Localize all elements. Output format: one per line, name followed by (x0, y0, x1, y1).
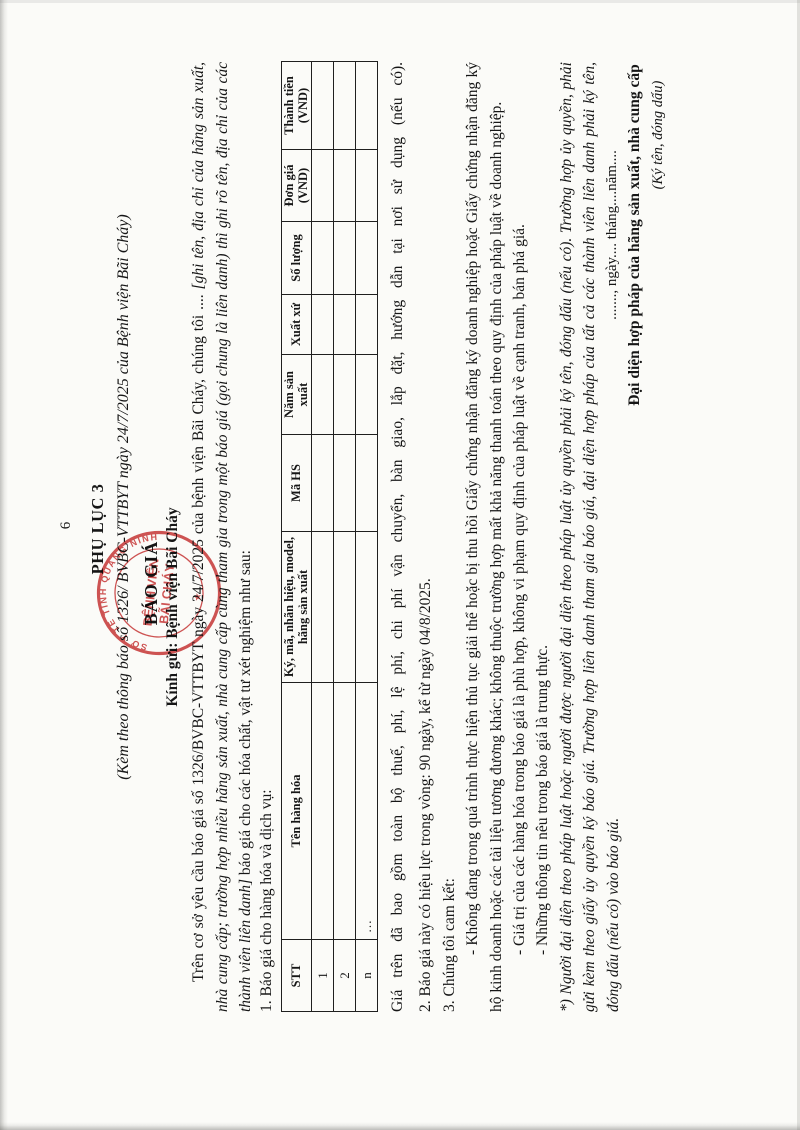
table-cell (312, 355, 334, 435)
table-cell (334, 222, 356, 295)
notes-block: Giá trên đã bao gồm toàn bộ thuế, phí, l… (386, 62, 625, 1012)
table-row: 1 (312, 62, 334, 1012)
scanned-document-page: { "page": { "number": "6", "appendix_tit… (0, 0, 800, 1130)
text-segment: thành viên liên danh] (237, 879, 254, 1012)
column-header: Tên hàng hóa (282, 683, 312, 940)
table-cell (312, 62, 334, 150)
table-cell (334, 62, 356, 150)
table-cell (356, 62, 378, 150)
table-cell: 1 (312, 940, 334, 1012)
table-cell (312, 532, 334, 683)
quote-table: STTTên hàng hóaKý, mã, nhãn hiệu, model,… (281, 61, 378, 1012)
signature-date-line: ......., ngày.... tháng....năm.... (604, 35, 621, 435)
column-header: Số lượng (282, 222, 312, 295)
table-cell (334, 355, 356, 435)
column-header: Xuất xứ (282, 295, 312, 355)
note-line: hộ kinh doanh hoặc các tài liệu tương đư… (485, 62, 508, 1012)
table-cell (356, 532, 378, 683)
column-header: Thành tiền (VND) (282, 62, 312, 150)
column-header: STT (282, 940, 312, 1012)
reference-subtitle: (Kèm theo thông báo số 1326/ BVBC-VTTBYT… (115, 22, 133, 972)
table-cell (312, 435, 334, 532)
column-header: Đơn giá (VND) (282, 150, 312, 222)
table-cell: 2 (334, 940, 356, 1012)
table-cell (356, 355, 378, 435)
table-cell (356, 295, 378, 355)
intro-paragraph: Trên cơ sở yêu cầu báo giá số 1326/BVBC-… (187, 62, 258, 1012)
intro-line: nhà cung cấp; trường hợp nhiều hãng sản … (211, 62, 235, 1012)
note-line: 2. Báo giá này có hiệu lực trong vòng: 9… (414, 62, 437, 1012)
text-segment: [ghi tên, địa chỉ của hãng sản xuất, (190, 62, 207, 289)
table-cell (334, 532, 356, 683)
section1-heading: 1. Báo giá cho hàng hóa và dịch vụ: (258, 62, 276, 1012)
intro-line: Trên cơ sở yêu cầu báo giá số 1326/BVBC-… (187, 62, 211, 1012)
note-line: - Không đang trong quá trình thực hiện t… (461, 62, 484, 1012)
text-segment: Trên cơ sở yêu cầu báo giá số 1326/BVBC-… (190, 289, 207, 982)
table-cell (312, 683, 334, 940)
note-line: - Giá trị của các hàng hóa trong báo giá… (508, 62, 531, 1012)
table-cell (312, 295, 334, 355)
signature-subtitle: (Ký tên, đóng dấu) (650, 40, 667, 230)
page-number: 6 (58, 50, 75, 1000)
rotated-page-content: 6 PHỤ LỤC 3 (Kèm theo thông báo số 1326/… (0, 0, 800, 1130)
table-row: 2 (334, 62, 356, 1012)
column-header: Năm sản xuất (282, 355, 312, 435)
table-cell (356, 222, 378, 295)
note-line: - Những thông tin nêu trong báo giá là t… (531, 62, 554, 1012)
table-header-row: STTTên hàng hóaKý, mã, nhãn hiệu, model,… (282, 62, 312, 1012)
text-segment: nhà cung cấp; trường hợp nhiều hãng sản … (214, 62, 231, 1012)
table-cell (312, 222, 334, 295)
note-line: gửi kèm theo giấy ủy quyền ký báo giá. T… (578, 62, 601, 1012)
signature-title: Đại diện hợp pháp của hãng sản xuất, nhà… (626, 0, 644, 470)
table-cell (334, 295, 356, 355)
table-cell (356, 435, 378, 532)
table-cell (334, 435, 356, 532)
table-cell (356, 150, 378, 222)
note-line: Giá trên đã bao gồm toàn bộ thuế, phí, l… (386, 62, 409, 1012)
text-segment: báo giá cho các hóa chất, vật tư xét ngh… (237, 550, 254, 879)
table-row: n… (356, 62, 378, 1012)
table-cell (334, 683, 356, 940)
note-line: *) Người đại diện theo pháp luật hoặc ng… (555, 62, 578, 1012)
column-header: Ký, mã, nhãn hiệu, model, hãng sản xuất (282, 532, 312, 683)
table-cell: n (356, 940, 378, 1012)
column-header: Mã HS (282, 435, 312, 532)
table-cell (312, 150, 334, 222)
table-cell (334, 150, 356, 222)
intro-line: thành viên liên danh] báo giá cho các hó… (234, 62, 258, 1012)
note-line: 3. Chúng tôi cam kết: (438, 62, 461, 1012)
table-cell: … (356, 683, 378, 940)
